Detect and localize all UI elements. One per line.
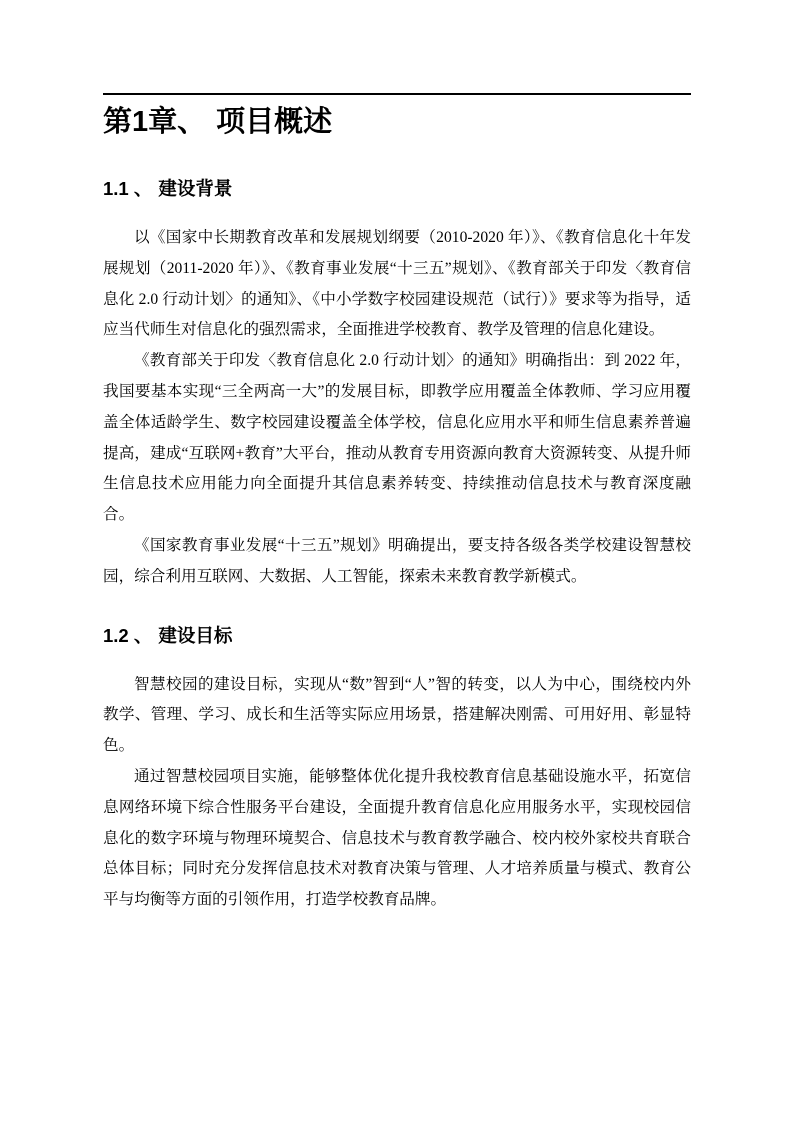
document-page: 第1章、 项目概述 1.1 、 建设背景 以《国家中长期教育改革和发展规划纲要（… — [0, 0, 794, 1122]
section-heading-1-2: 1.2 、 建设目标 — [103, 623, 691, 649]
chapter-number: 第1章、 — [103, 103, 206, 141]
section-title: 建设背景 — [158, 176, 232, 202]
paragraph: 以《国家中长期教育改革和发展规划纲要（2010-2020 年）》、《教育信息化十… — [103, 223, 691, 346]
section-heading-1-1: 1.1 、 建设背景 — [103, 176, 691, 202]
section-title: 建设目标 — [158, 623, 232, 649]
chapter-title: 项目概述 — [216, 103, 332, 141]
section-number: 1.1 、 — [103, 176, 152, 202]
paragraph: 智慧校园的建设目标，实现从“数”智到“人”智的转变，以人为中心，围绕校内外教学、… — [103, 670, 691, 762]
section-number: 1.2 、 — [103, 623, 152, 649]
paragraph: 《国家教育事业发展“十三五”规划》明确提出，要支持各级各类学校建设智慧校园，综合… — [103, 531, 691, 593]
chapter-heading: 第1章、 项目概述 — [103, 103, 691, 141]
paragraph: 通过智慧校园项目实施，能够整体优化提升我校教育信息基础设施水平，拓宽信息网络环境… — [103, 762, 691, 916]
paragraph: 《教育部关于印发〈教育信息化 2.0 行动计划〉的通知》明确指出：到 2022 … — [103, 346, 691, 531]
chapter-divider-line — [103, 93, 691, 95]
